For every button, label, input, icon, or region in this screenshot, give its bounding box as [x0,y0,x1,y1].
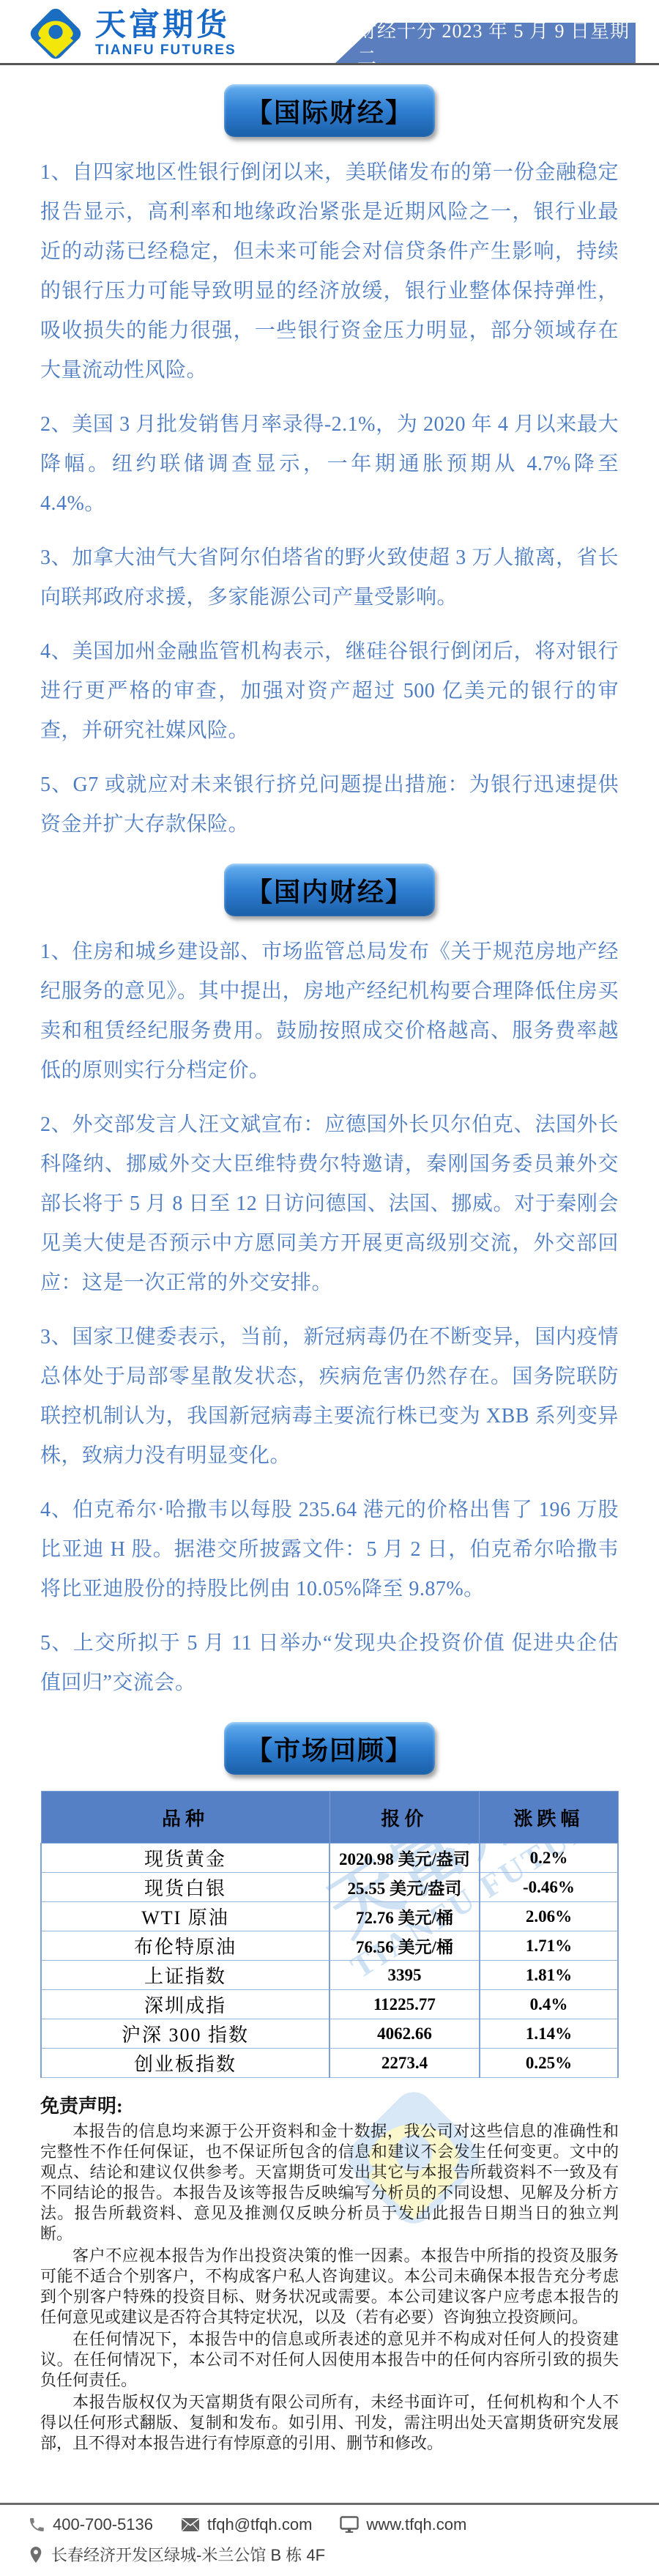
footer-website-url[interactable]: www.tfqh.com [366,2515,466,2534]
monitor-icon [340,2516,359,2534]
page-footer: 400-700-5136 tfqh@tfqh.com www.tfqh.com [0,2503,659,2576]
change-cell: 1.71% [480,1931,618,1961]
change-cell: -0.46% [480,1873,618,1902]
product-cell: 现货黄金 [41,1844,329,1873]
news-paragraph: 2、外交部发言人汪文斌宣布：应德国外长贝尔伯克、法国外长科隆纳、挪威外交大臣维特… [40,1105,619,1303]
section-title-domestic: 【国内财经】 [224,864,435,916]
tianfu-diamond-logo-icon [25,4,86,63]
product-cell: 创业板指数 [41,2049,329,2078]
product-cell: WTI 原油 [41,1902,329,1931]
news-paragraph: 3、加拿大油气大省阿尔伯塔省的野火致使超 3 万人撤离，省长向联邦政府求援，多家… [40,538,619,617]
quote-cell: 72.76 美元/桶 [329,1902,480,1931]
market-table: 品种 报价 涨跌幅 现货黄金 2020.98 美元/盎司 0.2% 现货白银 2… [40,1791,619,2078]
news-paragraph: 3、国家卫健委表示，当前，新冠病毒仍在不断变异，国内疫情总体处于局部零星散发状态… [40,1318,619,1476]
disclaimer-paragraph: 本报告版权仅为天富期货有限公司所有，未经书面许可，任何机构和个人不得以任何形式翻… [40,2392,619,2454]
product-cell: 深圳成指 [41,1990,329,2019]
newsletter-page: 天富期货 TIANFU FUTURES 财经十分 2023 年 5 月 9 日星… [0,0,659,2576]
table-row: 创业板指数 2273.4 0.25% [41,2049,618,2078]
table-header-row: 品种 报价 涨跌幅 [41,1792,618,1844]
quote-cell: 3395 [329,1961,480,1990]
disclaimer-paragraph: 本报告的信息均来源于公开资料和金十数据，我公司对这些信息的准确性和完整性不作任何… [40,2121,619,2244]
disclaimer-section: 免责声明: 本报告的信息均来源于公开资料和金十数据，我公司对这些信息的准确性和完… [40,2091,619,2454]
change-cell: 0.25% [480,2049,618,2078]
footer-website: www.tfqh.com [340,2515,466,2534]
tianfu-logo: 天富期货 TIANFU FUTURES [25,4,237,63]
table-row: 深圳成指 11225.77 0.4% [41,1990,618,2019]
disclaimer-paragraph: 在任何情况下，本报告中的信息或所表述的意见并不构成对任何人的投资建议。在任何情况… [40,2329,619,2391]
footer-contact-row: 400-700-5136 tfqh@tfqh.com www.tfqh.com [28,2515,631,2534]
logo-text: 天富期货 TIANFU FUTURES [95,8,237,59]
quote-cell: 11225.77 [329,1990,480,2019]
change-cell: 0.2% [480,1844,618,1873]
footer-email-address[interactable]: tfqh@tfqh.com [207,2515,312,2534]
col-header-change: 涨跌幅 [480,1792,618,1844]
change-cell: 1.14% [480,2019,618,2049]
change-cell: 0.4% [480,1990,618,2019]
table-row: WTI 原油 72.76 美元/桶 2.06% [41,1902,618,1931]
product-cell: 布伦特原油 [41,1931,329,1961]
international-news: 1、自四家地区性银行倒闭以来，美联储发布的第一份金融稳定报告显示，高利率和地缘政… [0,153,659,845]
section-title-market-review: 【市场回顾】 [224,1722,435,1775]
quote-cell: 25.55 美元/盎司 [329,1873,480,1902]
footer-address-row: 长春经济开发区绿城-米兰公馆 B 栋 4F [28,2543,631,2566]
issue-banner: 财经十分 2023 年 5 月 9 日星期二 [335,23,636,63]
news-paragraph: 4、美国加州金融监管机构表示，继硅谷银行倒闭后，将对银行进行更严格的审查，加强对… [40,632,619,751]
quote-cell: 76.56 美元/桶 [329,1931,480,1961]
page-header: 天富期货 TIANFU FUTURES 财经十分 2023 年 5 月 9 日星… [0,0,659,65]
mail-icon [181,2517,200,2533]
news-paragraph: 5、上交所拟于 5 月 11 日举办“发现央企投资价值 促进央企估值回归”交流会… [40,1624,619,1703]
quote-cell: 4062.66 [329,2019,480,2049]
logo-name-cn: 天富期货 [95,8,237,42]
quote-cell: 2020.98 美元/盎司 [329,1844,480,1873]
product-cell: 现货白银 [41,1873,329,1902]
product-cell: 沪深 300 指数 [41,2019,329,2049]
table-row: 上证指数 3395 1.81% [41,1961,618,1990]
domestic-news: 1、住房和城乡建设部、市场监管总局发布《关于规范房地产经纪服务的意见》。其中提出… [0,932,659,1703]
market-table-wrap: 天富期货 TIANFU FUTURES 品种 报价 涨跌幅 现货黄金 2020.… [40,1791,619,2078]
product-cell: 上证指数 [41,1961,329,1990]
change-cell: 1.81% [480,1961,618,1990]
footer-address: 长春经济开发区绿城-米兰公馆 B 栋 4F [28,2543,325,2566]
disclaimer-paragraph: 客户不应视本报告为作出投资决策的惟一因素。本报告中所指的投资及服务可能不适合个别… [40,2246,619,2328]
disclaimer-title: 免责声明: [40,2091,619,2118]
footer-address-text: 长春经济开发区绿城-米兰公馆 B 栋 4F [51,2543,325,2566]
phone-icon [28,2516,45,2534]
news-paragraph: 1、自四家地区性银行倒闭以来，美联储发布的第一份金融稳定报告显示，高利率和地缘政… [40,153,619,390]
news-paragraph: 5、G7 或就应对未来银行挤兑问题提出措施：为银行迅速提供资金并扩大存款保险。 [40,765,619,845]
news-paragraph: 4、伯克希尔·哈撒韦以每股 235.64 港元的价格出售了 196 万股比亚迪 … [40,1491,619,1609]
table-row: 布伦特原油 76.56 美元/桶 1.71% [41,1931,618,1961]
location-pin-icon [28,2545,44,2564]
table-row: 现货白银 25.55 美元/盎司 -0.46% [41,1873,618,1902]
col-header-product: 品种 [41,1792,329,1844]
footer-email: tfqh@tfqh.com [181,2515,312,2534]
news-paragraph: 1、住房和城乡建设部、市场监管总局发布《关于规范房地产经纪服务的意见》。其中提出… [40,932,619,1091]
quote-cell: 2273.4 [329,2049,480,2078]
change-cell: 2.06% [480,1902,618,1931]
footer-phone-number: 400-700-5136 [53,2515,153,2534]
news-paragraph: 2、美国 3 月批发销售月率录得-2.1%，为 2020 年 4 月以来最大降幅… [40,405,619,524]
table-row: 现货黄金 2020.98 美元/盎司 0.2% [41,1844,618,1873]
footer-phone: 400-700-5136 [28,2515,153,2534]
col-header-quote: 报价 [329,1792,480,1844]
section-title-international: 【国际财经】 [224,84,435,137]
logo-name-en: TIANFU FUTURES [95,42,237,59]
table-row: 沪深 300 指数 4062.66 1.14% [41,2019,618,2049]
